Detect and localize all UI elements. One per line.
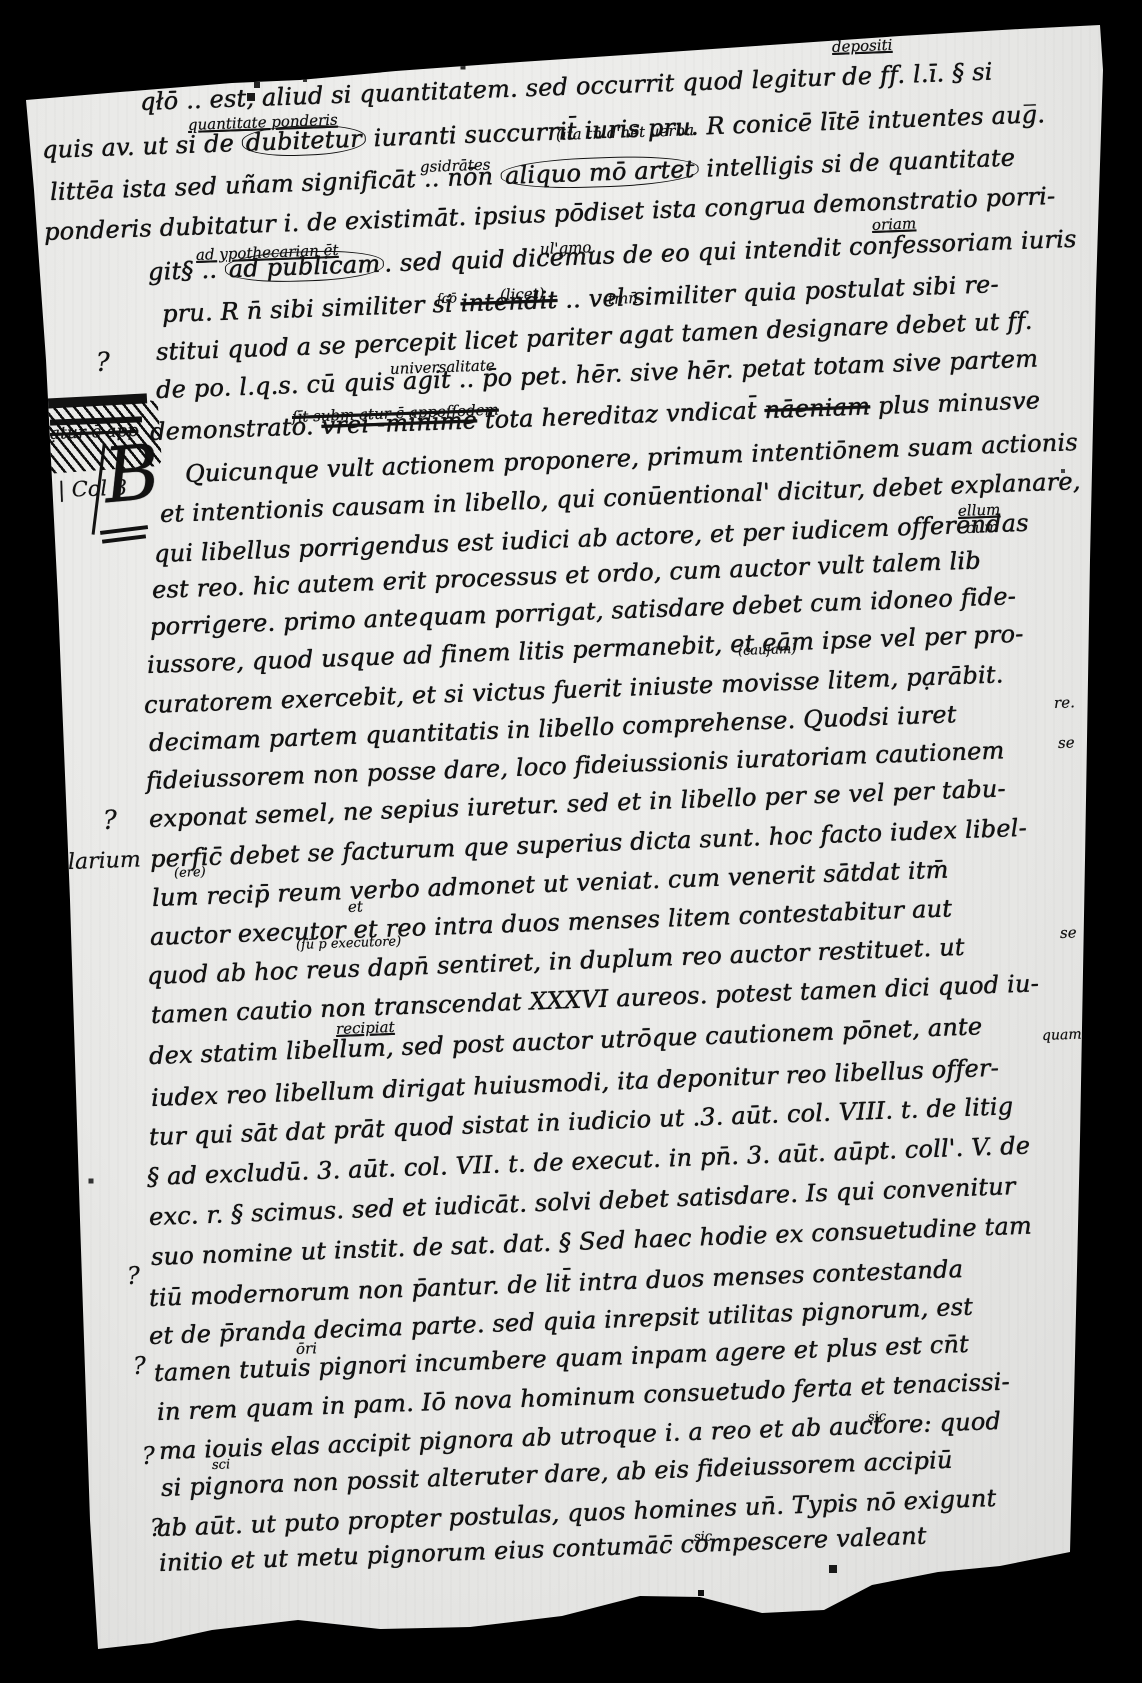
double-underline [100,525,148,534]
double-underline [102,534,146,543]
manuscript-page: qłō .. est, aliud si quantitatem. sed oc… [0,0,1142,1683]
margin-note: larium [68,847,142,875]
interlinear-note: se [1058,733,1075,752]
interlinear-note: re. [1054,693,1075,712]
margin-note: ? [142,1442,156,1470]
ink-blot-scribble [40,400,162,474]
interlinear-note: oriam [872,214,917,234]
interlinear-note: (ſū p̄ executore) [296,934,402,953]
interlinear-note: (cauſam) [738,642,797,659]
interlinear-note: cum [966,518,999,537]
margin-note: ? [150,1514,164,1542]
interlinear-note: et [348,897,364,916]
margin-note: ? [102,806,117,836]
margin-note: ? [95,348,110,378]
interlinear-note: se [1060,923,1077,942]
interlinear-note: depositi [832,36,893,56]
interlinear-note: sic [868,1409,887,1425]
interlinear-note: gsidrātes [420,155,491,176]
interlinear-note: ſcō [437,291,457,307]
margin-note: ? [127,1262,141,1290]
interlinear-note: sci [212,1457,231,1473]
interlinear-note: (ere) [174,865,206,881]
scan-background: qłō .. est, aliud si quantitatem. sed oc… [0,0,1142,1683]
interlinear-note: sic [694,1529,713,1545]
interlinear-note: tmn̄ [608,289,639,308]
margin-note: ? [133,1352,147,1380]
interlinear-note: quam [1042,1027,1082,1044]
interlinear-note: recipiat [336,1018,395,1038]
interlinear-note: ōri [296,1339,318,1358]
interlinear-note: universalitate [390,356,495,378]
paper-specks [0,0,2,2]
interlinear-note: (licet) [500,284,545,304]
interlinear-note: ul'gmo. [540,238,597,258]
